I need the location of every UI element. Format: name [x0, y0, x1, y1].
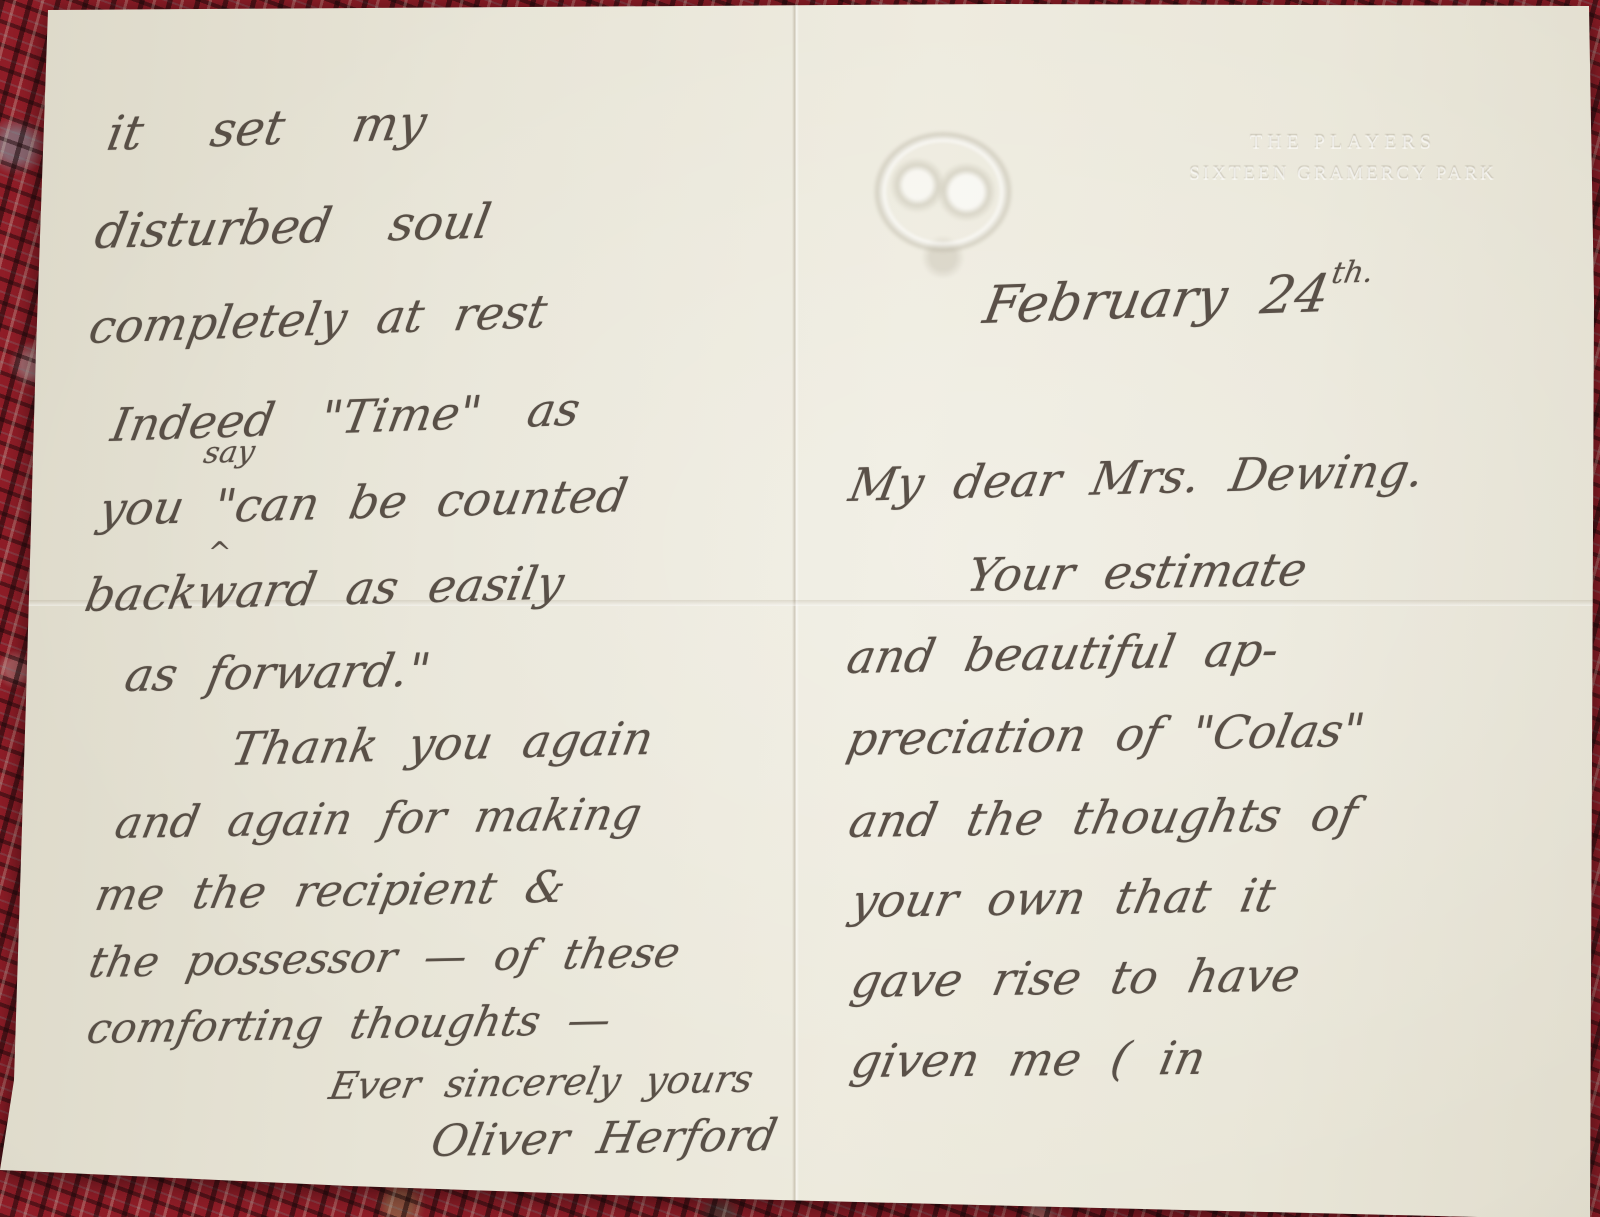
closing-line: Ever sincerely yours — [326, 1057, 757, 1108]
letterhead-club-name: THE PLAYERS — [1193, 131, 1493, 154]
handwritten-line: comforting thoughts — — [83, 995, 615, 1053]
handwritten-line: and again for making — [111, 789, 646, 849]
handwritten-line: completely at rest — [85, 284, 551, 354]
handwritten-line: your own that it — [847, 868, 1280, 928]
handwritten-line: preciation of "Colas" — [843, 703, 1370, 766]
signature-line: Oliver Herford — [427, 1110, 781, 1167]
handwritten-line: and the thoughts of — [845, 787, 1363, 848]
salutation-line: My dear Mrs. Dewing. — [845, 443, 1429, 512]
handwritten-line: me the recipient & — [91, 862, 570, 921]
center-fold-crease — [792, 0, 799, 1217]
insertion-caret: ^ — [208, 536, 231, 569]
handwritten-line: it set my — [103, 95, 431, 162]
date-main: February 24 — [979, 264, 1334, 336]
handwritten-line: disturbed soul — [91, 194, 495, 260]
photo-of-handwritten-letter: THE PLAYERS SIXTEEN GRAMERCY PARK Februa… — [0, 0, 1600, 1217]
handwritten-line: you "can be counted — [95, 468, 632, 536]
date-ordinal: th. — [1329, 255, 1376, 291]
handwritten-line: and beautiful ap- — [843, 623, 1284, 684]
handwritten-line: Your estimate — [963, 542, 1312, 602]
letter-sheet: THE PLAYERS SIXTEEN GRAMERCY PARK Februa… — [0, 0, 1600, 1217]
inserted-word: say — [201, 434, 258, 471]
handwritten-line: given me ( in — [846, 1031, 1210, 1088]
handwritten-line: backward as easily — [81, 556, 568, 622]
comedy-tragedy-masks-emblem-icon — [845, 106, 1041, 278]
handwritten-line: Thank you again — [227, 711, 658, 776]
handwritten-line: Indeed "Time" as — [107, 382, 584, 452]
date-line: February 24th. — [979, 255, 1376, 336]
handwritten-line: as forward." — [121, 643, 435, 702]
letterhead-address: SIXTEEN GRAMERCY PARK — [1155, 163, 1531, 185]
handwritten-line: the possessor — of these — [85, 928, 684, 987]
handwritten-line: gave rise to have — [847, 948, 1305, 1008]
letter-sheet-wrapper: THE PLAYERS SIXTEEN GRAMERCY PARK Februa… — [0, 0, 1600, 1217]
horizontal-fold-crease — [0, 600, 1600, 606]
